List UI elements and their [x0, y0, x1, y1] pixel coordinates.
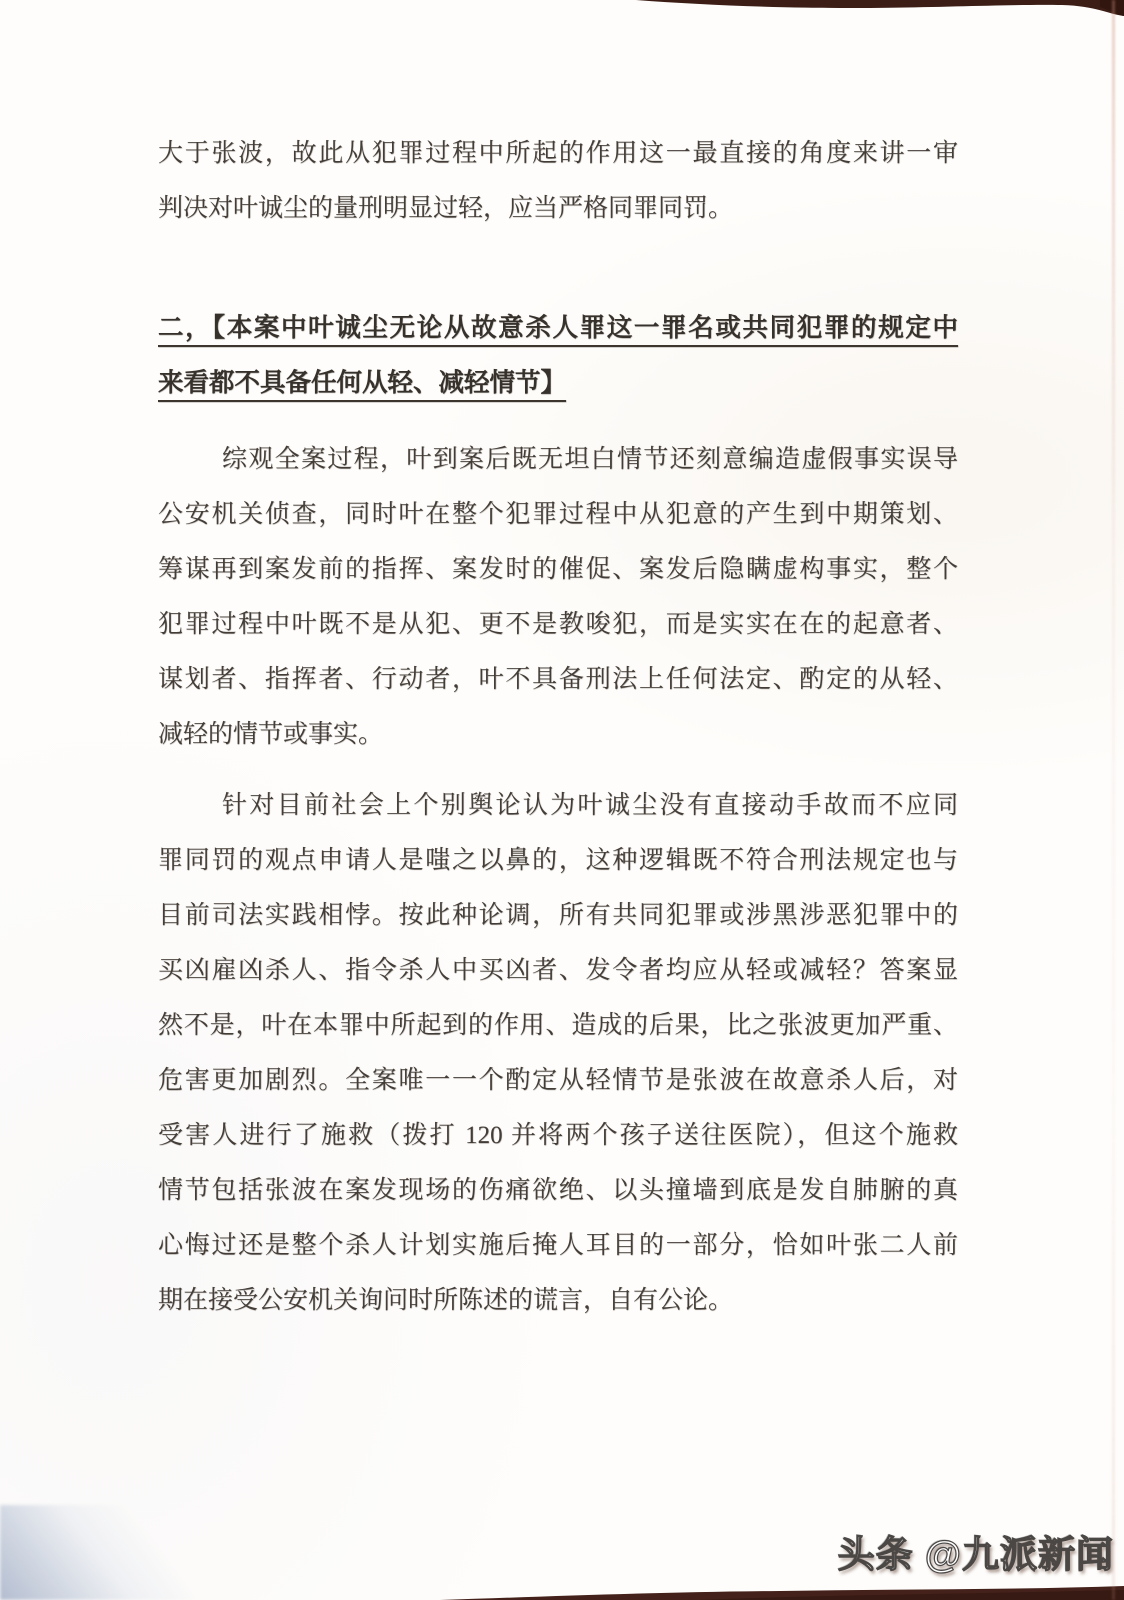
paragraph: 针对目前社会上个别舆论认为叶诚尘没有直接动手故而不应同 罪同罚的观点申请人是嗤之…	[158, 778, 958, 1328]
heading-line: 来看都不具备任何从轻、减轻情节】	[158, 355, 958, 410]
text-line: 判决对叶诚尘的量刑明显过轻，应当严格同罪同罚。	[158, 181, 958, 236]
text-line: 犯罪过程中叶既不是从犯、更不是教唆犯，而是实实在在的起意者、	[158, 597, 958, 652]
text-line: 针对目前社会上个别舆论认为叶诚尘没有直接动手故而不应同	[158, 778, 958, 833]
news-watermark: 头条 @九派新闻	[838, 1524, 1114, 1578]
text-line: 罪同罚的观点申请人是嗤之以鼻的，这种逻辑既不符合刑法规定也与	[158, 833, 958, 888]
text-line: 谋划者、指挥者、行动者，叶不具备刑法上任何法定、酌定的从轻、	[158, 652, 958, 707]
text-line: 综观全案过程，叶到案后既无坦白情节还刻意编造虚假事实误导	[158, 432, 958, 487]
section-heading: 二，【本案中叶诚尘无论从故意杀人罪这一罪名或共同犯罪的规定中 来看都不具备任何从…	[158, 300, 958, 410]
text-line: 危害更加剧烈。全案唯一一个酌定从轻情节是张波在故意杀人后，对	[158, 1053, 958, 1108]
bottom-left-shadow	[0, 1505, 250, 1600]
text-line: 公安机关侦查，同时叶在整个犯罪过程中从犯意的产生到中期策划、	[158, 487, 958, 542]
paper-edge-streak	[1112, 0, 1115, 1600]
text-line: 买凶雇凶杀人、指令杀人中买凶者、发令者均应从轻或减轻？答案显	[158, 943, 958, 998]
text-line: 情节包括张波在案发现场的伤痛欲绝、以头撞墙到底是发自肺腑的真	[158, 1163, 958, 1218]
text-line: 心悔过还是整个杀人计划实施后掩人耳目的一部分，恰如叶张二人前	[158, 1218, 958, 1273]
text-line: 期在接受公安机关询问时所陈述的谎言，自有公论。	[158, 1273, 958, 1328]
document-body: 大于张波，故此从犯罪过程中所起的作用这一最直接的角度来讲一审 判决对叶诚尘的量刑…	[158, 126, 958, 1328]
paragraph: 综观全案过程，叶到案后既无坦白情节还刻意编造虚假事实误导 公安机关侦查，同时叶在…	[158, 432, 958, 762]
text-line: 目前司法实践相悖。按此种论调，所有共同犯罪或涉黑涉恶犯罪中的	[158, 888, 958, 943]
text-line: 减轻的情节或事实。	[158, 707, 958, 762]
heading-line: 二，【本案中叶诚尘无论从故意杀人罪这一罪名或共同犯罪的规定中	[158, 300, 958, 355]
text-line: 然不是，叶在本罪中所起到的作用、造成的后果，比之张波更加严重、	[158, 998, 958, 1053]
text-line: 筹谋再到案发前的指挥、案发时的催促、案发后隐瞒虚构事实，整个	[158, 542, 958, 597]
paragraph: 大于张波，故此从犯罪过程中所起的作用这一最直接的角度来讲一审 判决对叶诚尘的量刑…	[158, 126, 958, 236]
text-line: 大于张波，故此从犯罪过程中所起的作用这一最直接的角度来讲一审	[158, 126, 958, 181]
text-line: 受害人进行了施救（拨打 120 并将两个孩子送往医院），但这个施救	[158, 1108, 958, 1163]
